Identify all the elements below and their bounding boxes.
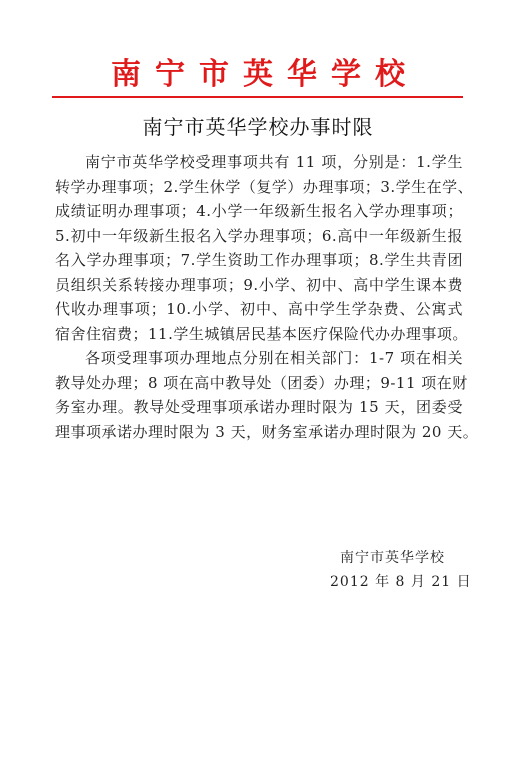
paragraph-line: 南宁市英华学校受理事项共有 11 项，分别是：1.学生 [55,150,463,175]
paragraph-line: 转学办理事项；2.学生休学（复学）办理事项；3.学生在学、 [55,175,463,200]
letterhead-divider [52,96,463,98]
paragraph-items-list: 南宁市英华学校受理事项共有 11 项，分别是：1.学生 转学办理事项；2.学生休… [55,150,463,346]
letterhead-school-name: 南宁市英华学校 [0,55,516,95]
paragraph-line: 代收办理事项；10.小学、初中、高中学生学杂费、公寓式 [55,297,463,322]
paragraph-line: 名入学办理事项；7.学生资助工作办理事项；8.学生共青团 [55,248,463,273]
paragraph-line: 理事项承诺办理时限为 3 天，财务室承诺办理时限为 20 天。 [55,420,463,445]
paragraph-line: 务室办理。教导处受理事项承诺办理时限为 15 天，团委受 [55,395,463,420]
signature-organization: 南宁市英华学校 [340,546,445,570]
paragraph-line: 各项受理事项办理地点分别在相关部门：1-7 项在相关 [55,346,463,371]
signature-date: 2012 年 8 月 21 日 [330,570,472,594]
paragraph-line: 5.初中一年级新生报名入学办理事项；6.高中一年级新生报 [55,224,463,249]
paragraph-locations-timelimits: 各项受理事项办理地点分别在相关部门：1-7 项在相关 教导处办理；8 项在高中教… [55,346,463,444]
paragraph-line: 教导处办理；8 项在高中教导处（团委）办理；9-11 项在财 [55,371,463,396]
document-title: 南宁市英华学校办事时限 [0,113,516,141]
document-body: 南宁市英华学校受理事项共有 11 项，分别是：1.学生 转学办理事项；2.学生休… [55,150,463,444]
paragraph-line: 成绩证明办理事项；4.小学一年级新生报名入学办理事项； [55,199,463,224]
paragraph-line: 员组织关系转接办理事项；9.小学、初中、高中学生课本费 [55,273,463,298]
paragraph-line: 宿舍住宿费；11.学生城镇居民基本医疗保险代办办理事项。 [55,322,463,347]
